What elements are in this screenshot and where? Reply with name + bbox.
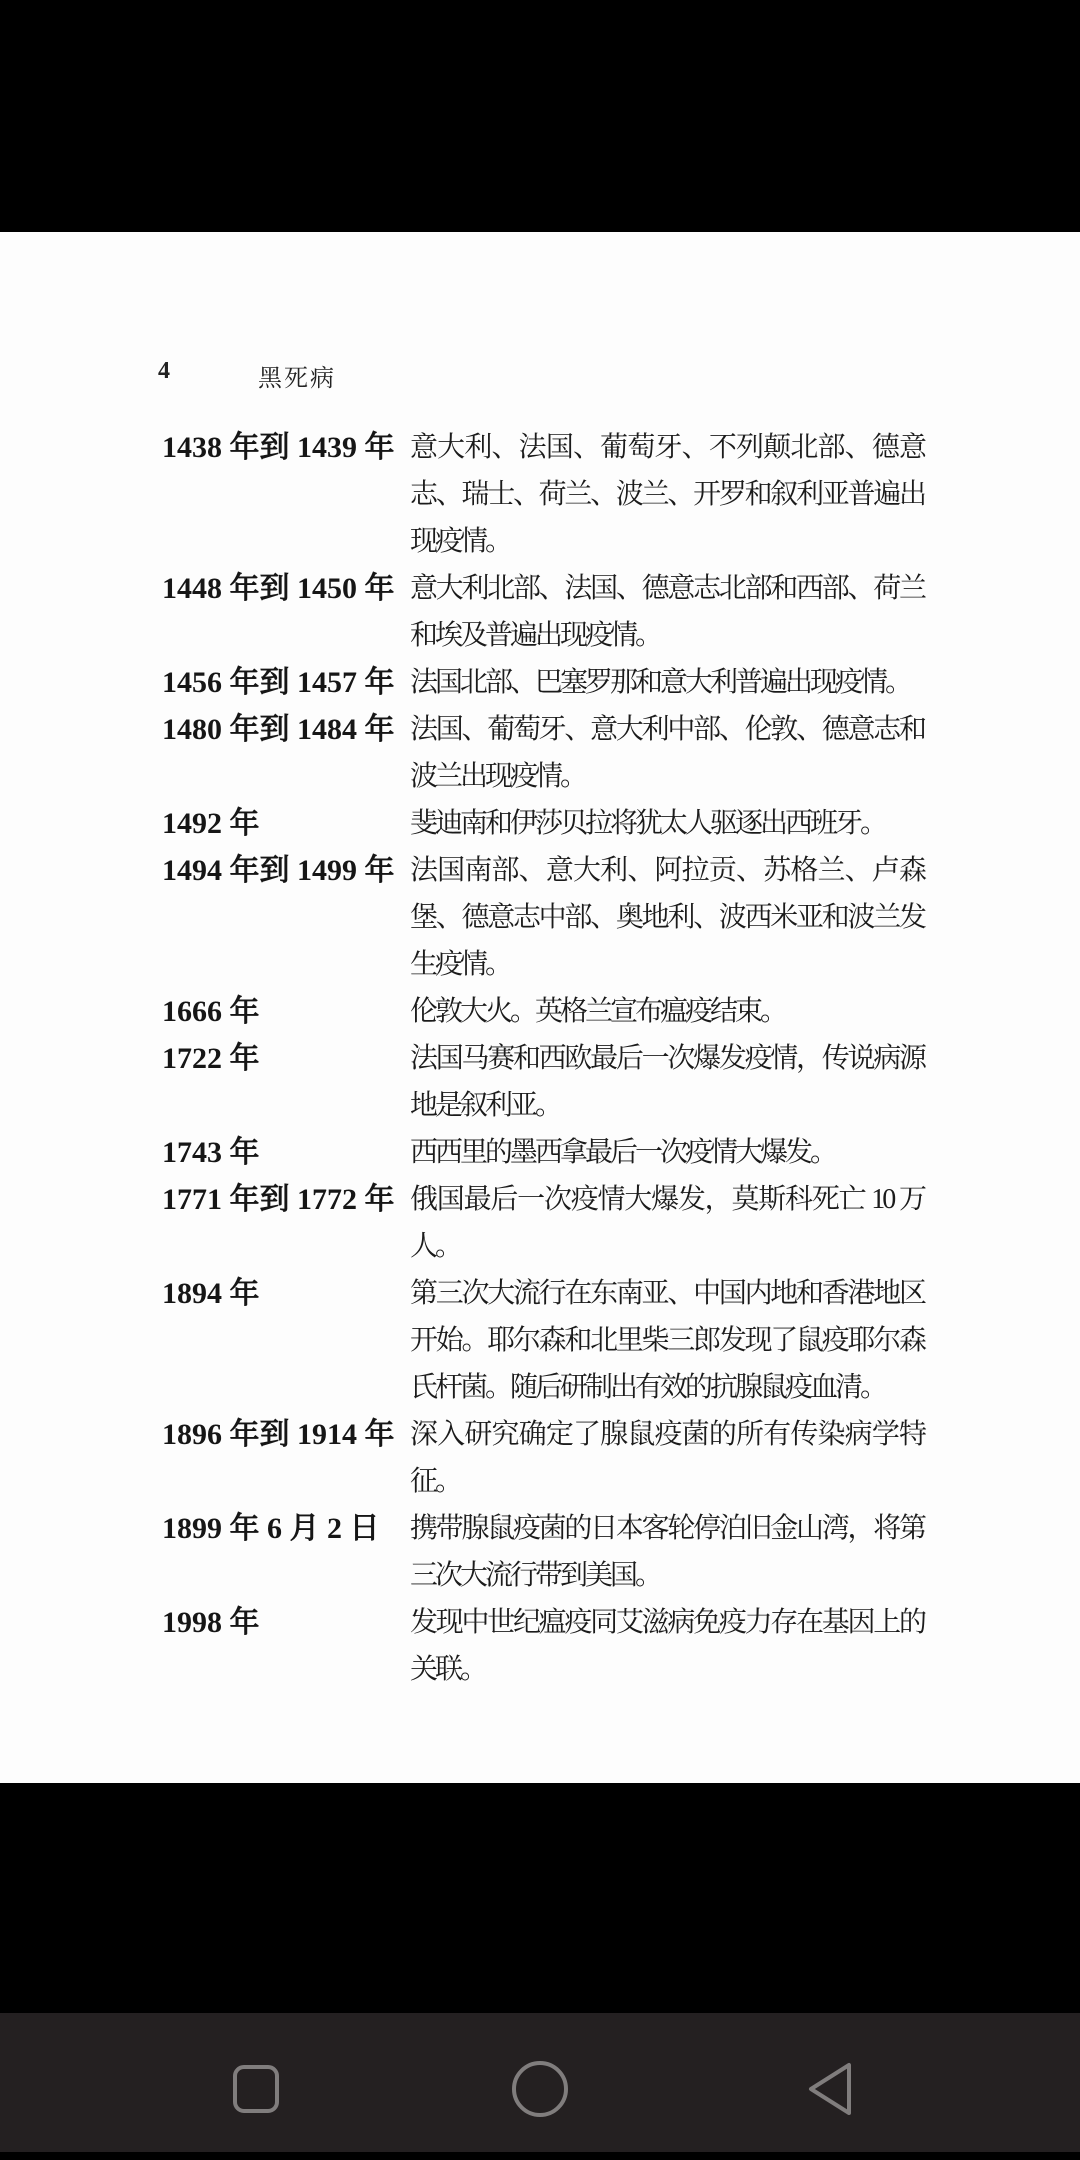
timeline-entry: 1448 年到 1450 年 意大利北部、法国、德意志北部和西部、荷兰和埃及普遍… <box>162 565 924 659</box>
timeline-entry: 1998 年 发现中世纪瘟疫同艾滋病免疫力存在基因上的关联。 <box>162 1599 924 1693</box>
timeline-entry-description: 伦敦大火。英格兰宣布瘟疫结束。 <box>410 988 924 1035</box>
timeline-table: 1438 年到 1439 年 意大利、法国、葡萄牙、不列颠北部、德意志、瑞士、荷… <box>162 424 924 1693</box>
timeline-entry-description: 西西里的墨西拿最后一次疫情大爆发。 <box>410 1129 924 1176</box>
timeline-entry-description: 法国、葡萄牙、意大利中部、伦敦、德意志和波兰出现疫情。 <box>410 706 924 800</box>
book-page[interactable]: 4 黑死病 1438 年到 1439 年 意大利、法国、葡萄牙、不列颠北部、德意… <box>0 232 1080 1783</box>
timeline-entry-description: 第三次大流行在东南亚、中国内地和香港地区开始。耶尔森和北里柴三郎发现了鼠疫耶尔森… <box>410 1270 924 1411</box>
back-triangle-icon <box>803 2060 857 2118</box>
page-number: 4 <box>158 358 170 385</box>
back-button[interactable] <box>788 2047 872 2131</box>
timeline-entry: 1771 年到 1772 年 俄国最后一次疫情大爆发，莫斯科死亡 10 万人。 <box>162 1176 924 1270</box>
timeline-entry-date: 1899 年 6 月 2 日 <box>162 1505 410 1552</box>
timeline-entry-description: 俄国最后一次疫情大爆发，莫斯科死亡 10 万人。 <box>410 1176 924 1270</box>
timeline-entry-date: 1666 年 <box>162 988 410 1035</box>
timeline-entry: 1456 年到 1457 年 法国北部、巴塞罗那和意大利普遍出现疫情。 <box>162 659 924 706</box>
timeline-entry-date: 1480 年到 1484 年 <box>162 706 410 753</box>
timeline-entry-date: 1438 年到 1439 年 <box>162 424 410 471</box>
timeline-entry: 1899 年 6 月 2 日 携带腺鼠疫菌的日本客轮停泊旧金山湾，将第三次大流行… <box>162 1505 924 1599</box>
timeline-entry: 1492 年 斐迪南和伊莎贝拉将犹太人驱逐出西班牙。 <box>162 800 924 847</box>
timeline-entry-description: 意大利北部、法国、德意志北部和西部、荷兰和埃及普遍出现疫情。 <box>410 565 924 659</box>
timeline-entry-date: 1494 年到 1499 年 <box>162 847 410 894</box>
timeline-entry: 1666 年 伦敦大火。英格兰宣布瘟疫结束。 <box>162 988 924 1035</box>
book-title: 黑死病 <box>258 358 336 393</box>
timeline-entry: 1743 年 西西里的墨西拿最后一次疫情大爆发。 <box>162 1129 924 1176</box>
timeline-entry: 1896 年到 1914 年 深入研究确定了腺鼠疫菌的所有传染病学特征。 <box>162 1411 924 1505</box>
timeline-entry-date: 1722 年 <box>162 1035 410 1082</box>
timeline-entry-description: 意大利、法国、葡萄牙、不列颠北部、德意志、瑞士、荷兰、波兰、开罗和叙利亚普遍出现… <box>410 424 924 565</box>
timeline-entry-date: 1896 年到 1914 年 <box>162 1411 410 1458</box>
timeline-entry-description: 深入研究确定了腺鼠疫菌的所有传染病学特征。 <box>410 1411 924 1505</box>
timeline-entry-date: 1998 年 <box>162 1599 410 1646</box>
top-letterbox <box>0 0 1080 232</box>
timeline-entry-date: 1448 年到 1450 年 <box>162 565 410 612</box>
timeline-entry-description: 法国马赛和西欧最后一次爆发疫情，传说病源地是叙利亚。 <box>410 1035 924 1129</box>
timeline-entry-date: 1894 年 <box>162 1270 410 1317</box>
screen-bottom-edge <box>0 2152 1080 2160</box>
bottom-letterbox <box>0 1783 1080 2013</box>
recents-button[interactable] <box>214 2047 298 2131</box>
timeline-entry-description: 法国北部、巴塞罗那和意大利普遍出现疫情。 <box>410 659 924 706</box>
timeline-entry: 1480 年到 1484 年 法国、葡萄牙、意大利中部、伦敦、德意志和波兰出现疫… <box>162 706 924 800</box>
running-head: 4 黑死病 <box>0 358 1080 398</box>
timeline-entry-date: 1771 年到 1772 年 <box>162 1176 410 1223</box>
timeline-entry: 1894 年 第三次大流行在东南亚、中国内地和香港地区开始。耶尔森和北里柴三郎发… <box>162 1270 924 1411</box>
timeline-entry-date: 1492 年 <box>162 800 410 847</box>
home-circle-icon <box>510 2059 570 2119</box>
timeline-entry-description: 发现中世纪瘟疫同艾滋病免疫力存在基因上的关联。 <box>410 1599 924 1693</box>
timeline-entry-description: 携带腺鼠疫菌的日本客轮停泊旧金山湾，将第三次大流行带到美国。 <box>410 1505 924 1599</box>
timeline-entry: 1722 年 法国马赛和西欧最后一次爆发疫情，传说病源地是叙利亚。 <box>162 1035 924 1129</box>
timeline-entry-date: 1456 年到 1457 年 <box>162 659 410 706</box>
phone-screen: 4 黑死病 1438 年到 1439 年 意大利、法国、葡萄牙、不列颠北部、德意… <box>0 0 1080 2160</box>
timeline-entry-date: 1743 年 <box>162 1129 410 1176</box>
timeline-entry-description: 斐迪南和伊莎贝拉将犹太人驱逐出西班牙。 <box>410 800 924 847</box>
timeline-entry: 1494 年到 1499 年 法国南部、意大利、阿拉贡、苏格兰、卢森堡、德意志中… <box>162 847 924 988</box>
timeline-entry: 1438 年到 1439 年 意大利、法国、葡萄牙、不列颠北部、德意志、瑞士、荷… <box>162 424 924 565</box>
timeline-entry-description: 法国南部、意大利、阿拉贡、苏格兰、卢森堡、德意志中部、奥地利、波西米亚和波兰发生… <box>410 847 924 988</box>
recents-square-icon <box>231 2063 281 2115</box>
home-button[interactable] <box>498 2047 582 2131</box>
